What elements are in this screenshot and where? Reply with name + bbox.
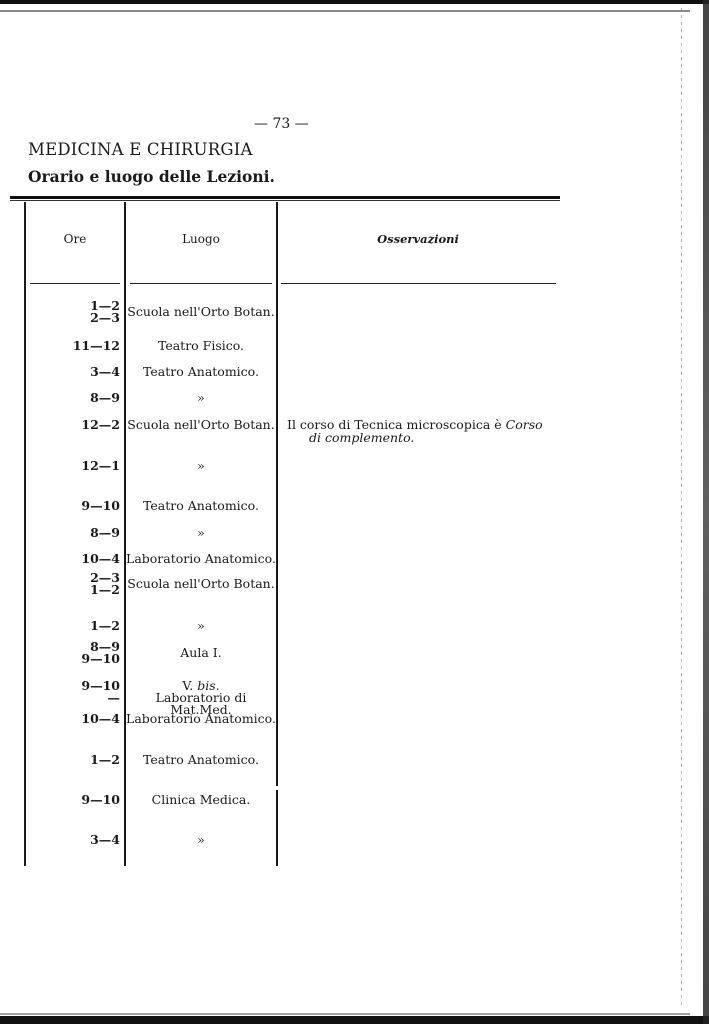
cell-ore: 3—4 [30, 366, 120, 378]
page-number: — 73 — [254, 116, 309, 132]
cell-luogo: » [126, 527, 276, 539]
scan-border-bottom-line [0, 1013, 690, 1015]
cell-luogo: » [126, 834, 276, 846]
ore-line: 3—4 [30, 834, 120, 846]
scan-border-top [0, 0, 709, 4]
cell-luogo: » [126, 460, 276, 472]
ore-line: 9—10 [30, 680, 120, 692]
cell-ore: 3—4 [30, 834, 120, 846]
luogo-line: » [126, 460, 276, 472]
cell-luogo: Aula I. [126, 647, 276, 659]
cell-luogo: Laboratorio Anatomico. [126, 553, 276, 565]
column-header-luogo: Luogo [126, 232, 276, 246]
cell-luogo: Teatro Anatomico. [126, 500, 276, 512]
luogo-line: » [126, 834, 276, 846]
luogo-line: Laboratorio Anatomico. [126, 553, 276, 565]
luogo-line: » [126, 620, 276, 632]
cell-ore: 9—10 [30, 794, 120, 806]
ore-line: 9—10 [30, 794, 120, 806]
luogo-line: Clinica Medica. [126, 794, 276, 806]
ore-line: 8—9 [30, 527, 120, 539]
cell-ore: 9—10— [30, 680, 120, 704]
ore-line: 1—2 [30, 620, 120, 632]
ore-line: 9—10 [30, 500, 120, 512]
scan-border-right [703, 0, 709, 1024]
cell-ore: 8—9 [30, 392, 120, 404]
ore-line: 8—9 [30, 392, 120, 404]
luogo-line: » [126, 527, 276, 539]
cell-ore: 8—99—10 [30, 641, 120, 665]
cell-ore: 12—2 [30, 419, 120, 431]
scan-border-top-line [0, 10, 690, 12]
section-title: MEDICINA E CHIRURGIA [28, 140, 253, 159]
column-divider [24, 202, 26, 866]
ore-line: 2—3 [30, 312, 120, 324]
cell-ore: 2—31—2 [30, 572, 120, 596]
ore-line: 12—2 [30, 419, 120, 431]
column-divider [276, 790, 278, 866]
cell-ore: 10—4 [30, 553, 120, 565]
luogo-line: Teatro Anatomico. [126, 754, 276, 766]
oss-continuation: di complemento. [287, 431, 567, 444]
cell-osservazioni: Il corso di Tecnica microscopica è Corso… [287, 418, 567, 444]
cell-luogo: » [126, 620, 276, 632]
cell-ore: 1—22—3 [30, 300, 120, 324]
cell-ore: 9—10 [30, 500, 120, 512]
oss-emphasis: Corso [506, 417, 543, 432]
page-subtitle: Orario e luogo delle Lezioni. [28, 167, 275, 186]
header-rule [130, 283, 272, 284]
luogo-line: Aula I. [126, 647, 276, 659]
luogo-line: Teatro Anatomico. [126, 500, 276, 512]
ore-line: 10—4 [30, 713, 120, 725]
cell-luogo: Clinica Medica. [126, 794, 276, 806]
cell-ore: 12—1 [30, 460, 120, 472]
cell-luogo: Scuola nell'Orto Botan. [126, 419, 276, 431]
cell-luogo: Teatro Anatomico. [126, 366, 276, 378]
cell-luogo: Teatro Anatomico. [126, 754, 276, 766]
cell-luogo: Laboratorio Anatomico. [126, 713, 276, 725]
luogo-line: Laboratorio Anatomico. [126, 713, 276, 725]
ore-line: 1—2 [30, 754, 120, 766]
scan-border-bottom [0, 1016, 709, 1024]
cell-luogo: Scuola nell'Orto Botan. [126, 306, 276, 318]
cell-luogo: Teatro Fisico. [126, 340, 276, 352]
column-divider [276, 202, 278, 786]
luogo-line: Scuola nell'Orto Botan. [126, 306, 276, 318]
luogo-line: » [126, 392, 276, 404]
cell-luogo: » [126, 392, 276, 404]
ore-line: 10—4 [30, 553, 120, 565]
luogo-line: Scuola nell'Orto Botan. [126, 419, 276, 431]
luogo-line: Teatro Fisico. [126, 340, 276, 352]
cell-ore: 11—12 [30, 340, 120, 352]
ore-line: 11—12 [30, 340, 120, 352]
cell-luogo: Scuola nell'Orto Botan. [126, 578, 276, 590]
ore-line: 12—1 [30, 460, 120, 472]
cell-ore: 10—4 [30, 713, 120, 725]
header-rule [281, 283, 556, 284]
ore-line: 1—2 [30, 584, 120, 596]
header-rule [30, 283, 120, 284]
luogo-line: Teatro Anatomico. [126, 366, 276, 378]
ore-line: — [30, 692, 120, 704]
cell-ore: 1—2 [30, 620, 120, 632]
scan-dotted-margin-line [681, 8, 682, 1008]
luogo-line: Scuola nell'Orto Botan. [126, 578, 276, 590]
ore-line: 3—4 [30, 366, 120, 378]
column-header-osservazioni: Osservazioni [278, 232, 558, 246]
cell-ore: 1—2 [30, 754, 120, 766]
cell-ore: 8—9 [30, 527, 120, 539]
table-top-rule-thin [10, 200, 560, 201]
ore-line: 9—10 [30, 653, 120, 665]
column-header-ore: Ore [26, 232, 124, 246]
table-top-rule [10, 196, 560, 199]
